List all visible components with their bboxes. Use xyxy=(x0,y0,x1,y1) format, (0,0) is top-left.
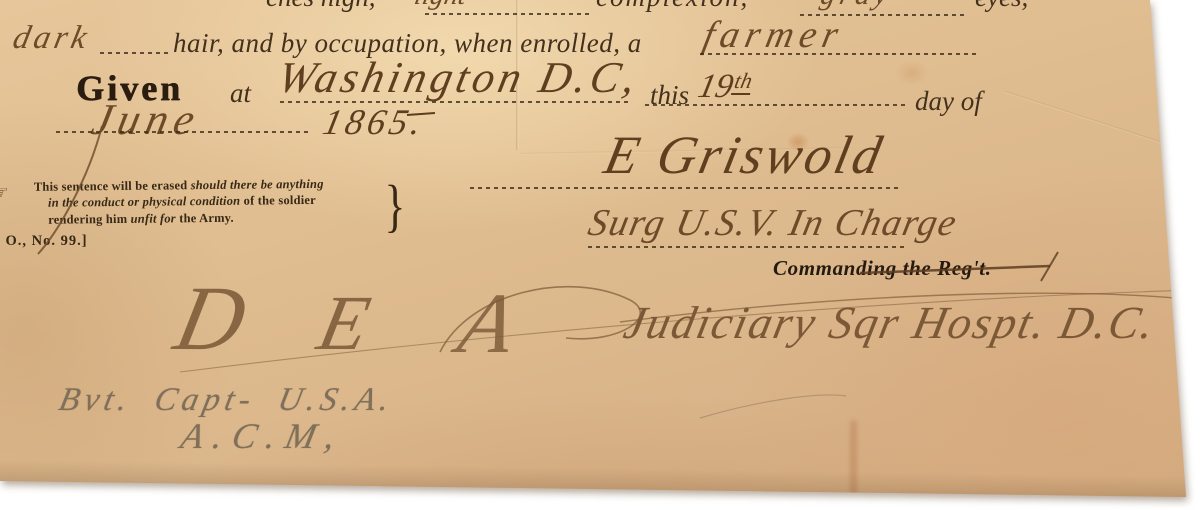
note-line2-roman: of the soldier xyxy=(244,193,316,208)
handwritten-day-number: 19th xyxy=(695,70,755,104)
note-line3-roman-b: the Army. xyxy=(179,210,234,225)
manicule-icon: ☞ xyxy=(0,180,9,204)
officer-role: A.C.M, xyxy=(178,418,349,454)
fill-line-day xyxy=(645,104,905,106)
officer-initial-3: A xyxy=(452,280,523,366)
surgeon-signature: E Griswold xyxy=(600,128,889,182)
paper-bottom-edge-shade xyxy=(0,459,1200,502)
day-number: 19 xyxy=(695,68,737,105)
note-line3-italic: unfit for xyxy=(131,211,180,226)
paper-crease-diagonal xyxy=(1004,91,1185,152)
title-line-surgeon xyxy=(588,246,906,248)
officer-rank: Bvt. Capt- U.S.A. xyxy=(56,384,397,417)
day-ordinal-suffix: th xyxy=(731,68,756,95)
fill-line-occupation xyxy=(700,53,980,55)
note-line2-italic: in the conduct or physical condition xyxy=(48,194,244,210)
handwritten-month: June xyxy=(88,98,204,142)
handwritten-year: 1865. xyxy=(320,104,429,140)
handwritten-eye-color: gray xyxy=(818,0,895,10)
printed-commanding-text: Commanding the Reg't. xyxy=(773,258,992,279)
printed-height-text: ches high, xyxy=(266,0,375,11)
fill-line-hair xyxy=(100,52,170,54)
officer-initial-2: E xyxy=(312,284,376,362)
erasure-note-line-3: rendering him unfit for the Army. xyxy=(34,208,386,228)
photo-of-document: ches high, light complexion, gray eyes, … xyxy=(0,0,1200,510)
note-line3-roman-a: rendering him xyxy=(48,211,131,226)
handwritten-place: Washington D.C, xyxy=(274,56,644,100)
signature-line-surgeon xyxy=(470,187,898,189)
note-line1-italic: should there be anything xyxy=(191,177,324,192)
handwritten-complexion: light xyxy=(412,0,469,10)
fill-line-complexion xyxy=(425,13,593,15)
note-line1-roman: This sentence will be erased xyxy=(34,178,191,194)
form-reference-number: G. O., No. 99.] xyxy=(0,233,88,250)
officer-location: Judiciary Sqr Hospt. D.C. xyxy=(620,300,1160,346)
printed-eyes-text: eyes, xyxy=(975,0,1028,11)
handwritten-hair-color: dark xyxy=(10,22,94,55)
fill-line-month xyxy=(56,131,312,133)
printed-day-of-text: day of xyxy=(915,88,982,115)
printed-complexion-text: complexion, xyxy=(596,0,749,11)
aged-paper-sheet: ches high, light complexion, gray eyes, … xyxy=(0,0,1200,510)
printed-at-text: at xyxy=(230,80,251,107)
officer-initial-1: D xyxy=(168,272,254,364)
closing-brace-glyph: } xyxy=(384,172,405,239)
surgeon-title: Surg U.S.V. In Charge xyxy=(585,204,961,242)
handwritten-occupation: farmer xyxy=(700,16,848,54)
printed-erasure-note: This sentence will be erased should ther… xyxy=(34,175,386,227)
paper-shadow-wrap: ches high, light complexion, gray eyes, … xyxy=(0,0,1200,510)
paper-stain-spot-2 xyxy=(895,60,929,86)
